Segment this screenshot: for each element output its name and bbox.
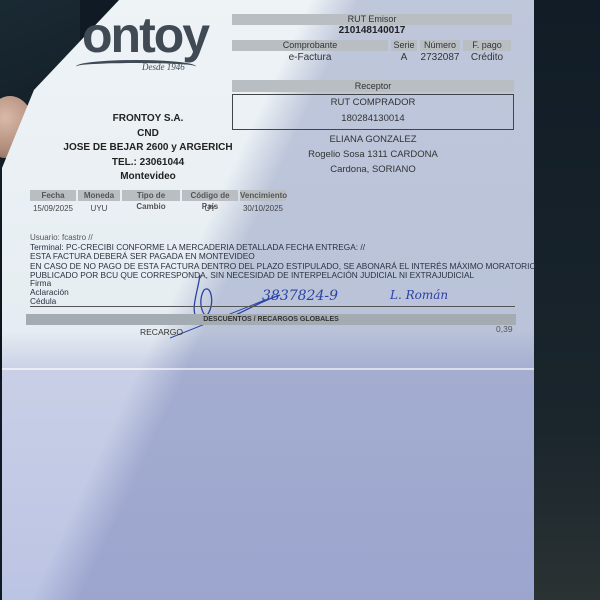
- vencimiento-label: Vencimiento: [240, 190, 286, 201]
- rut-comprador-value: 180284130014: [233, 111, 513, 127]
- recargo-label: RECARGO: [140, 327, 183, 337]
- moneda-col: Moneda UYU: [78, 190, 120, 214]
- codigo-pais-col: Código de País UY: [182, 190, 238, 214]
- fpago-col: F. pago Crédito: [463, 40, 511, 63]
- fecha-value: 15/09/2025: [33, 204, 73, 214]
- rut-comprador-label: RUT COMPRADOR: [233, 95, 513, 111]
- issuer-line2: CND: [48, 127, 248, 142]
- numero-col: Número 2732087: [420, 40, 460, 63]
- receptor-address: Rogelio Sosa 1311 CARDONA: [232, 147, 514, 162]
- fpago-label: F. pago: [463, 40, 511, 51]
- logo-tagline: Desde 1946: [142, 62, 185, 72]
- tipo-cambio-col: Tipo de Cambio: [122, 190, 180, 214]
- rut-emisor-value: 210148140017: [232, 25, 512, 37]
- vencimiento-col: Vencimiento 30/10/2025: [240, 190, 286, 214]
- moneda-label: Moneda: [78, 190, 120, 201]
- logo-wordmark: ontoy: [82, 6, 208, 64]
- comprobante-row: Comprobante e-Factura Serie A Número 273…: [232, 40, 514, 63]
- serie-label: Serie: [391, 40, 417, 51]
- handwritten-signature: [170, 270, 290, 340]
- invoice-meta-row: Fecha 15/09/2025 Moneda UYU Tipo de Camb…: [30, 190, 286, 214]
- comprobante-col: Comprobante e-Factura: [232, 40, 388, 63]
- issuer-phone: TEL.: 23061044: [48, 156, 248, 171]
- numero-value: 2732087: [421, 52, 460, 63]
- codigo-pais-value: UY: [204, 204, 215, 214]
- handwritten-id: 3837824-9: [262, 288, 338, 304]
- fecha-col: Fecha 15/09/2025: [30, 190, 76, 214]
- rut-emisor-block: RUT Emisor 210148140017: [232, 10, 512, 37]
- serie-value: A: [401, 52, 408, 63]
- cedula-label: Cédula: [30, 297, 69, 306]
- signature-labels: Firma Aclaración Cédula: [30, 279, 69, 306]
- codigo-pais-label: Código de País: [182, 190, 238, 201]
- rut-comprador-box: RUT COMPRADOR 180284130014: [232, 94, 514, 130]
- issuer-block: FRONTOY S.A. CND JOSE DE BEJAR 2600 y AR…: [48, 112, 248, 185]
- paper-fold: [2, 368, 534, 370]
- comprobante-label: Comprobante: [232, 40, 388, 51]
- usuario-line: Usuario: fcastro //: [30, 233, 520, 242]
- comprobante-value: e-Factura: [289, 52, 332, 63]
- company-logo: ontoy Desde 1946: [72, 6, 212, 72]
- rut-emisor-label: RUT Emisor: [232, 14, 512, 25]
- serie-col: Serie A: [391, 40, 417, 63]
- fecha-label: Fecha: [30, 190, 76, 201]
- handwritten-name: L. Román: [390, 288, 448, 302]
- moneda-value: UYU: [91, 204, 108, 214]
- recargo-value: 0,39: [496, 324, 513, 334]
- signature-line: [30, 306, 515, 307]
- receptor-name: ELIANA GONZALEZ: [232, 132, 514, 147]
- fpago-value: Crédito: [471, 52, 503, 63]
- issuer-address: JOSE DE BEJAR 2600 y ARGERICH: [48, 141, 248, 156]
- background-seat: [530, 0, 600, 600]
- issuer-city: Montevideo: [48, 170, 248, 185]
- vencimiento-value: 30/10/2025: [243, 204, 283, 214]
- issuer-name: FRONTOY S.A.: [48, 112, 248, 127]
- receptor-label: Receptor: [232, 80, 514, 92]
- receptor-block: Receptor RUT COMPRADOR 180284130014 ELIA…: [232, 80, 514, 177]
- descuentos-bar: DESCUENTOS / RECARGOS GLOBALES: [26, 314, 516, 325]
- receptor-info: ELIANA GONZALEZ Rogelio Sosa 1311 CARDON…: [232, 132, 514, 177]
- receptor-city: Cardona, SORIANO: [232, 162, 514, 177]
- numero-label: Número: [420, 40, 460, 51]
- tipo-cambio-label: Tipo de Cambio: [122, 190, 180, 201]
